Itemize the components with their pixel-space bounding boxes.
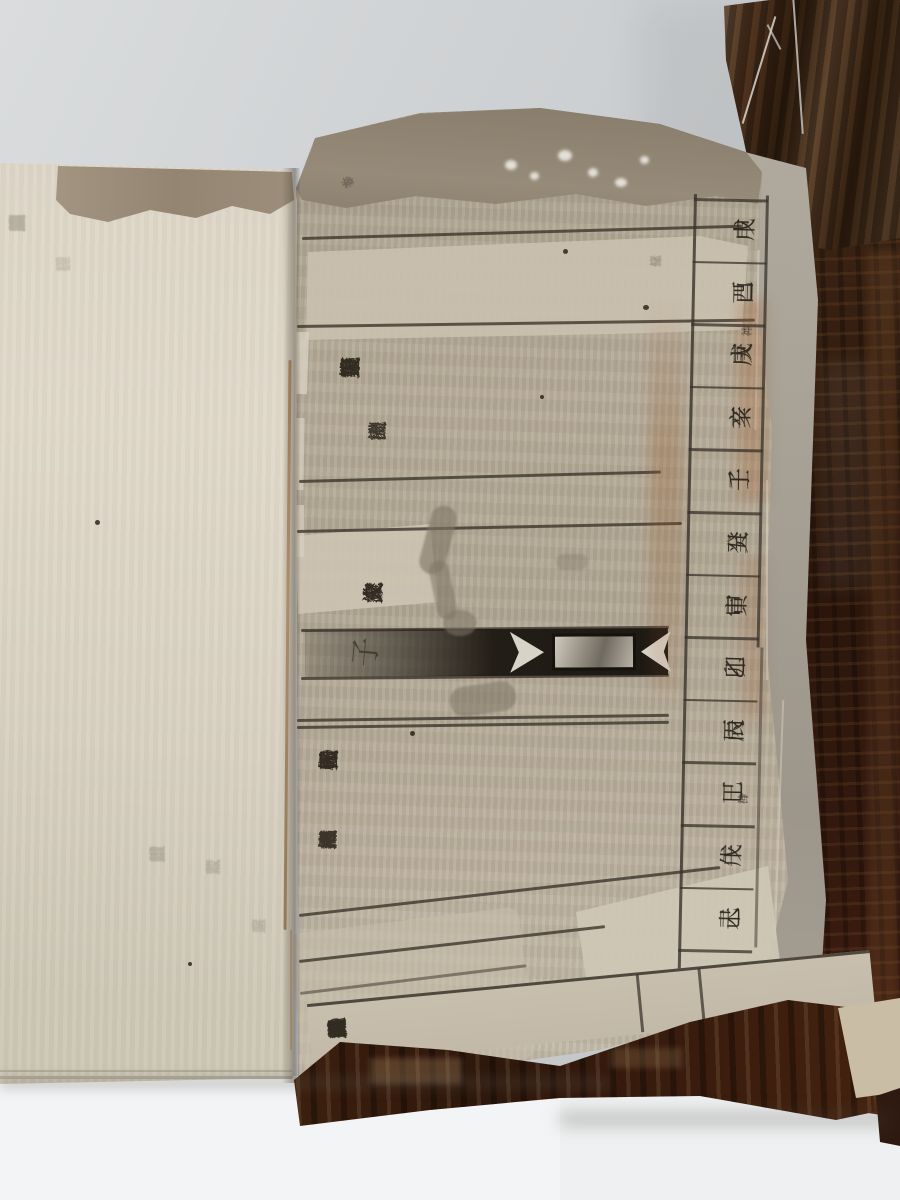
gray-smudge bbox=[556, 554, 588, 570]
sexagenary-cell: 戊午 bbox=[684, 838, 752, 839]
gray-smudge bbox=[443, 610, 477, 636]
binding-thread-icon bbox=[290, 930, 292, 1050]
cover-sheen-highlight bbox=[820, 360, 872, 590]
glyph: 卯 bbox=[717, 656, 750, 680]
book-shadow bbox=[0, 1078, 610, 1088]
glyph: 々 bbox=[362, 413, 392, 442]
glyph: 辰 bbox=[716, 718, 749, 742]
ink-speck bbox=[643, 305, 649, 310]
glyph: 寅 bbox=[718, 593, 751, 617]
glyph: 午 bbox=[713, 844, 746, 868]
glyph: ニ bbox=[739, 325, 755, 336]
sexagenary-cell: 丁巳 bbox=[685, 775, 753, 776]
book-shadow bbox=[560, 1112, 890, 1126]
glyph: 嘫 bbox=[320, 1008, 352, 1040]
glyph: 波 bbox=[356, 569, 390, 605]
glyph: 蝕 bbox=[313, 821, 342, 850]
cell-divider-line bbox=[678, 949, 752, 953]
paper-damage-speck bbox=[615, 178, 627, 187]
sexagenary-cell: 丙辰 bbox=[686, 713, 754, 714]
ink-speck bbox=[563, 249, 568, 254]
chevron-right-icon bbox=[510, 632, 544, 673]
paper-damage-speck bbox=[640, 156, 649, 164]
glyph: 寉 bbox=[40, 256, 88, 272]
glyph: 揵 bbox=[137, 846, 181, 863]
cell-divider-line bbox=[685, 636, 759, 640]
sexagenary-cell: 乙卯 bbox=[687, 650, 755, 651]
sexagenary-cell: 壬子 bbox=[691, 462, 759, 463]
ink-speck bbox=[188, 962, 192, 966]
glyph: 子 bbox=[721, 468, 754, 492]
glyph: 酉 bbox=[725, 280, 758, 304]
ink-speck bbox=[95, 520, 100, 525]
cell-divider-line bbox=[682, 761, 756, 765]
handwritten-mark: 子 bbox=[340, 635, 386, 669]
glyph: 申 bbox=[726, 218, 759, 242]
ink-speck bbox=[410, 731, 415, 736]
sexagenary-cell: 己未 bbox=[682, 901, 750, 902]
paper-damage-speck bbox=[558, 150, 572, 161]
photo-of-open-antique-book: りて一ヽつヶしニ丨て〜り 小藥繁蟹黃大歲筏正三見 磯出淵變文々 鎫文夕立十大正二… bbox=[0, 0, 900, 1200]
glyph: 亥 bbox=[722, 405, 755, 429]
sexagenary-cell: 辛亥 bbox=[693, 400, 761, 401]
sexagenary-cell: 己酉 bbox=[695, 275, 763, 276]
sexagenary-cell: 甲寅 bbox=[689, 588, 757, 589]
glyph: 絛 bbox=[645, 255, 667, 267]
cell-divider-line bbox=[686, 574, 760, 578]
cell-divider-line bbox=[681, 824, 755, 828]
sexagenary-cell: 癸丑 bbox=[690, 525, 758, 526]
band-divider-line bbox=[697, 968, 705, 1026]
band-divider-line bbox=[636, 974, 644, 1032]
glyph: 咒 bbox=[193, 859, 235, 875]
glyph: 卯 bbox=[313, 742, 343, 771]
paper-damage-speck bbox=[530, 172, 539, 180]
band-center-rectangle bbox=[552, 633, 636, 670]
glyph: 盤 bbox=[240, 918, 280, 933]
glyph: 未 bbox=[712, 906, 745, 930]
glyph: 戌 bbox=[723, 343, 756, 367]
glyph: 式 bbox=[0, 214, 46, 232]
worn-patch bbox=[610, 1048, 682, 1068]
cell-divider-line bbox=[689, 448, 763, 452]
left-page-bottom-edge bbox=[0, 1070, 292, 1072]
paper-damage-speck bbox=[505, 160, 517, 170]
sexagenary-cell: 戊申 bbox=[697, 212, 765, 213]
ink-speck bbox=[540, 395, 544, 399]
cell-divider-line bbox=[693, 261, 767, 265]
cell-divider-line bbox=[694, 198, 768, 202]
fold-stain bbox=[650, 300, 682, 692]
glyph: 日 bbox=[735, 793, 751, 804]
glyph: 見 bbox=[335, 348, 365, 378]
cell-divider-line bbox=[679, 886, 753, 890]
glyph: り bbox=[337, 163, 356, 190]
cell-divider-line bbox=[690, 386, 764, 390]
cell-divider-line bbox=[683, 699, 757, 703]
cell-divider-line bbox=[687, 511, 761, 515]
sexagenary-cell: 庚戌 bbox=[694, 337, 762, 338]
paper-damage-speck bbox=[588, 168, 598, 177]
glyph: 丑 bbox=[719, 531, 752, 555]
